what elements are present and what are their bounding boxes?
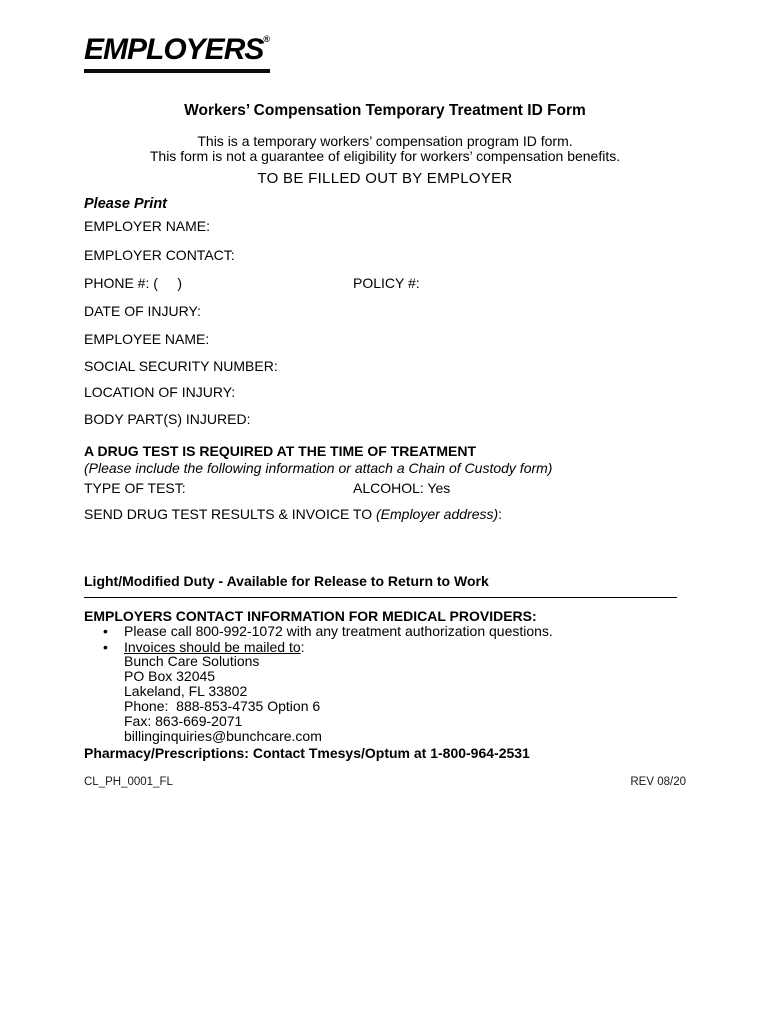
form-code-label: CL_PH_0001_FL xyxy=(84,776,173,788)
please-print-label: Please Print xyxy=(84,196,686,212)
bullet-item-authorization-call: • Please call 800-992-1072 with any trea… xyxy=(84,624,686,639)
address-line-email: billinginquiries@bunchcare.com xyxy=(124,729,684,744)
light-duty-heading: Light/Modified Duty - Available for Rele… xyxy=(84,573,686,589)
social-security-number-field-label: SOCIAL SECURITY NUMBER: xyxy=(84,358,686,374)
body-parts-injured-field-label: BODY PART(S) INJURED: xyxy=(84,411,686,427)
employer-contact-field-label: EMPLOYER CONTACT: xyxy=(84,247,686,263)
document-page: EMPLOYERS® Workers’ Compensation Tempora… xyxy=(0,0,770,1024)
mailing-address-block: Bunch Care Solutions PO Box 32045 Lakela… xyxy=(124,654,684,744)
bullet-icon: • xyxy=(103,624,124,639)
location-of-injury-field-label: LOCATION OF INJURY: xyxy=(84,384,686,400)
address-line-phone: Phone: 888-853-4735 Option 6 xyxy=(124,699,684,714)
subtitle-line-1: This is a temporary workers’ compensatio… xyxy=(84,134,686,149)
employee-name-field-label: EMPLOYEE NAME: xyxy=(84,331,686,347)
employers-logo-text: EMPLOYERS xyxy=(84,33,263,66)
test-type-alcohol-row: TYPE OF TEST: ALCOHOL: Yes xyxy=(84,480,686,496)
employers-logo: EMPLOYERS® xyxy=(84,33,270,73)
employer-name-field-label: EMPLOYER NAME: xyxy=(84,218,686,234)
form-subtitle: This is a temporary workers’ compensatio… xyxy=(84,134,686,164)
address-line-city: Lakeland, FL 33802 xyxy=(124,684,684,699)
address-line-fax: Fax: 863-669-2071 xyxy=(124,714,684,729)
bullet-icon: • xyxy=(103,640,124,655)
send-results-colon: : xyxy=(498,506,502,522)
invoices-colon: : xyxy=(301,639,305,655)
providers-contact-heading: EMPLOYERS CONTACT INFORMATION FOR MEDICA… xyxy=(84,608,686,624)
type-of-test-field-label: TYPE OF TEST: xyxy=(84,480,353,496)
address-line-pobox: PO Box 32045 xyxy=(124,669,684,684)
section-divider xyxy=(84,597,677,598)
drug-test-note: (Please include the following informatio… xyxy=(84,460,686,476)
form-title: Workers’ Compensation Temporary Treatmen… xyxy=(84,102,686,120)
registered-trademark-icon: ® xyxy=(263,34,270,44)
revision-label: REV 08/20 xyxy=(630,776,686,788)
phone-policy-row: PHONE #: ( ) POLICY #: xyxy=(84,275,686,291)
drug-test-heading: A DRUG TEST IS REQUIRED AT THE TIME OF T… xyxy=(84,443,686,459)
page-footer: CL_PH_0001_FL REV 08/20 xyxy=(84,776,686,788)
send-results-field-label: SEND DRUG TEST RESULTS & INVOICE TO (Emp… xyxy=(84,506,686,522)
alcohol-field-label: ALCOHOL: Yes xyxy=(353,480,450,496)
policy-field-label: POLICY #: xyxy=(353,275,420,291)
date-of-injury-field-label: DATE OF INJURY: xyxy=(84,303,686,319)
phone-field-label: PHONE #: ( ) xyxy=(84,275,353,291)
address-line-company: Bunch Care Solutions xyxy=(124,654,684,669)
subtitle-line-2: This form is not a guarantee of eligibil… xyxy=(84,149,686,164)
pharmacy-heading: Pharmacy/Prescriptions: Contact Tmesys/O… xyxy=(84,745,686,761)
employer-address-hint: (Employer address) xyxy=(376,506,498,522)
authorization-call-text: Please call 800-992-1072 with any treatm… xyxy=(124,624,553,639)
fill-out-by-heading: TO BE FILLED OUT BY EMPLOYER xyxy=(84,170,686,187)
send-results-text: SEND DRUG TEST RESULTS & INVOICE TO xyxy=(84,506,376,522)
